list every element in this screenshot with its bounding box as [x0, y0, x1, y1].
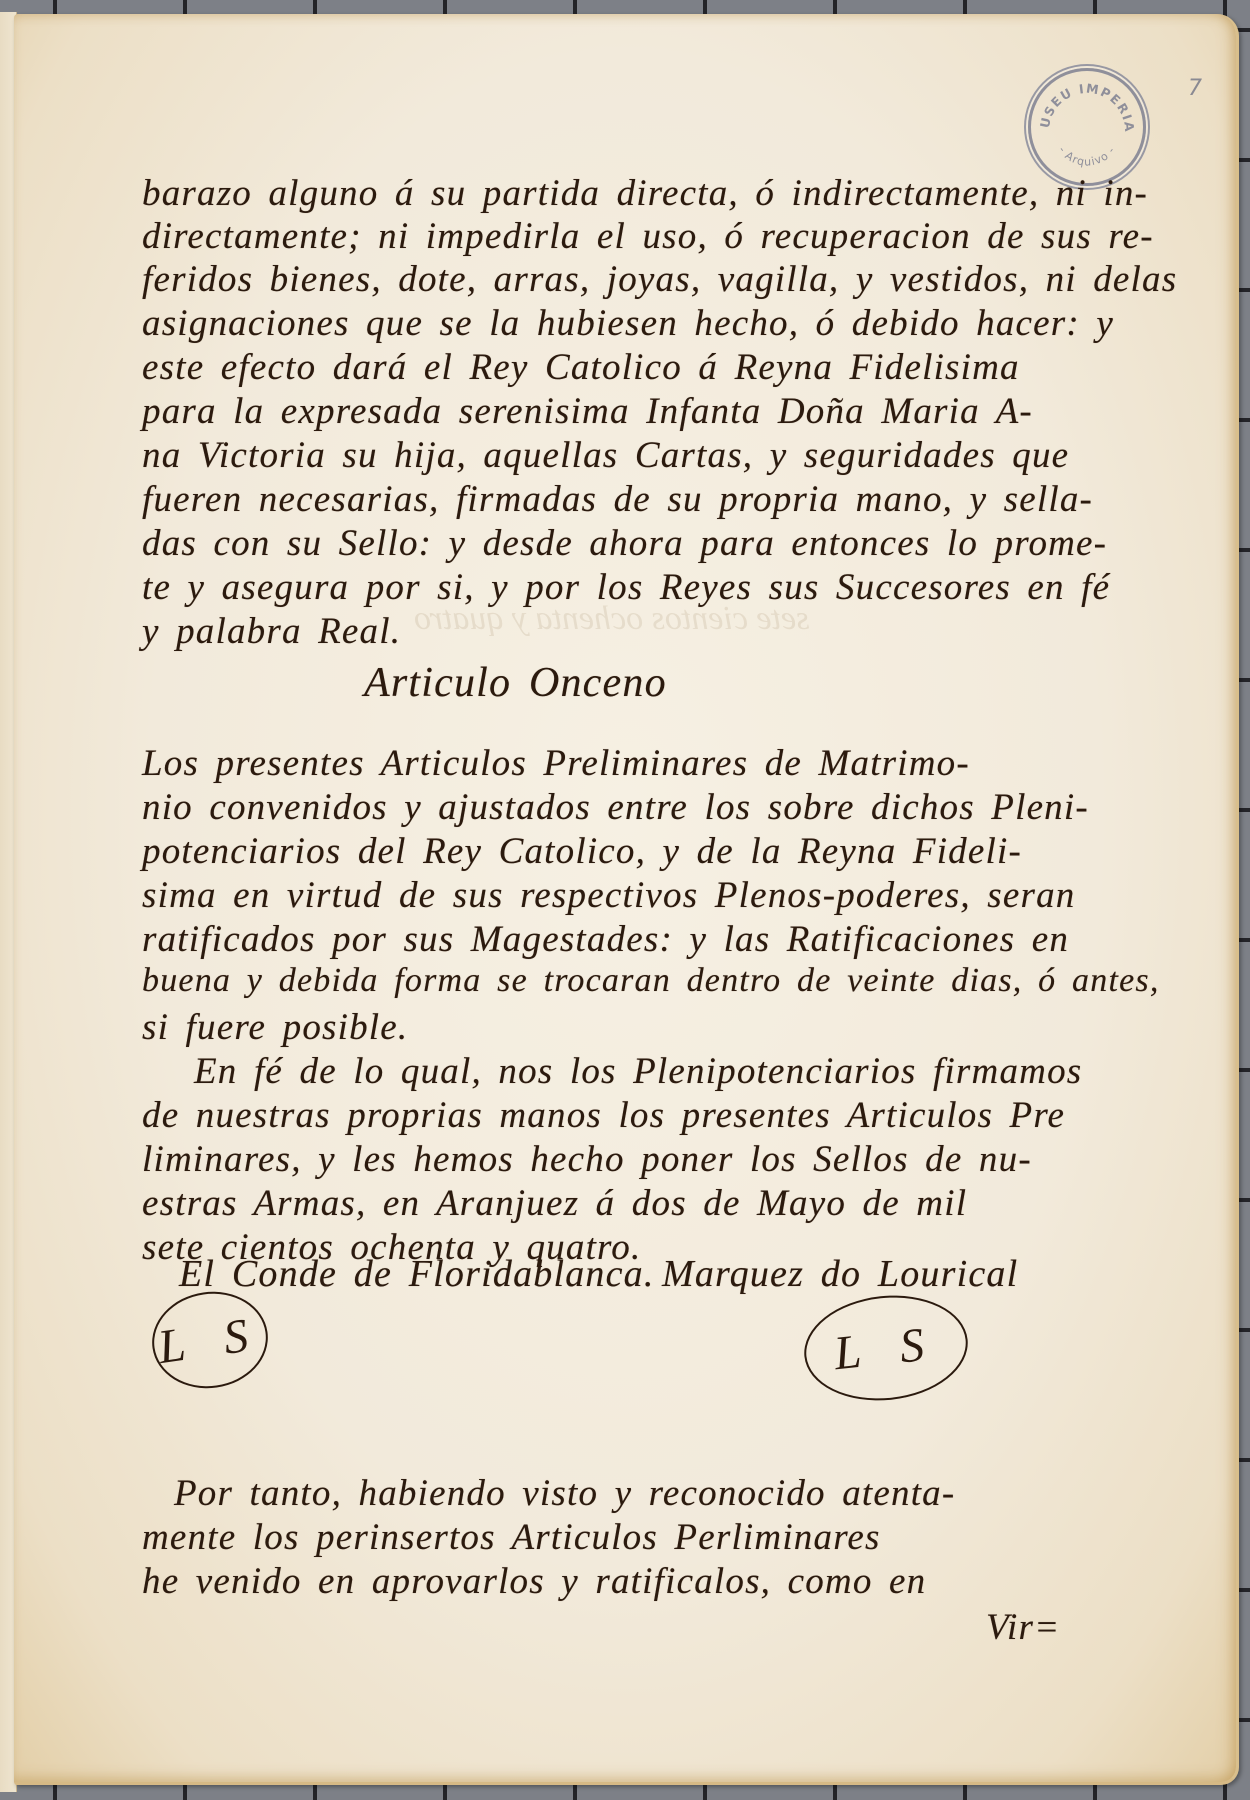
signature-floridablanca: El Conde de Floridablanca.: [179, 1252, 655, 1296]
seal-locus-sigilli-right: L S: [799, 1288, 973, 1409]
text-line: barazo alguno á su partida directa, ó in…: [142, 172, 1148, 215]
ratification-line: Por tanto, habiendo visto y reconocido a…: [174, 1472, 955, 1515]
text-line: para la expresada serenisima Infanta Doñ…: [142, 390, 1033, 433]
article-line: si fuere posible.: [142, 1006, 408, 1049]
museu-imperial-stamp: MUSEU IMPERIAL - Arquivo -: [1028, 68, 1146, 186]
text-line: fueren necesarias, firmadas de su propri…: [142, 478, 1093, 521]
folio-number: 7: [1188, 76, 1202, 101]
article-line: Los presentes Articulos Preliminares de …: [142, 742, 970, 785]
closing-line: estras Armas, en Aranjuez á dos de Mayo …: [142, 1182, 967, 1225]
article-line: potenciarios del Rey Catolico, y de la R…: [142, 830, 1022, 873]
article-line: ratificados por sus Magestades: y las Ra…: [142, 918, 1069, 961]
text-line: este efecto dará el Rey Catolico á Reyna…: [142, 346, 1020, 389]
stamp-ring-icon: MUSEU IMPERIAL - Arquivo -: [1031, 71, 1143, 183]
ratification-line: mente los perinsertos Articulos Perlimin…: [142, 1516, 881, 1559]
svg-text:- Arquivo -: - Arquivo -: [1056, 144, 1118, 169]
text-line: na Victoria su hija, aquellas Cartas, y …: [142, 434, 1069, 477]
svg-text:MUSEU IMPERIAL: MUSEU IMPERIAL: [1031, 71, 1137, 133]
ratification-line: he venido en aprovarlos y ratificalos, c…: [142, 1560, 926, 1603]
signature-lourical: Marquez do Lourical: [662, 1252, 1018, 1296]
seal-locus-sigilli-left: L S: [146, 1284, 274, 1395]
article-line: sima en virtud de sus respectivos Plenos…: [142, 874, 1076, 917]
text-line: asignaciones que se la hubiesen hecho, ó…: [142, 302, 1114, 345]
article-heading: Articulo Onceno: [364, 659, 667, 707]
closing-line: de nuestras proprias manos los presentes…: [142, 1094, 1065, 1137]
article-line: nio convenidos y ajustados entre los sob…: [142, 786, 1089, 829]
text-line: das con su Sello: y desde ahora para ent…: [142, 522, 1107, 565]
stamp-bottom-text: - Arquivo -: [1056, 144, 1118, 169]
catchword: Vir=: [986, 1606, 1060, 1649]
article-line: buena y debida forma se trocaran dentro …: [142, 962, 1160, 1000]
text-line: feridos bienes, dote, arras, joyas, vagi…: [142, 258, 1177, 301]
closing-line: En fé de lo qual, nos los Plenipotenciar…: [194, 1050, 1082, 1093]
manuscript-page: 7 MUSEU IMPERIAL - Arquivo - sete ciento…: [14, 14, 1239, 1785]
text-line: directamente; ni impedirla el uso, ó rec…: [142, 215, 1154, 258]
text-line: te y asegura por si, y por los Reyes sus…: [142, 566, 1110, 609]
text-line: y palabra Real.: [142, 610, 401, 653]
stamp-top-text: MUSEU IMPERIAL: [1031, 71, 1137, 133]
closing-line: liminares, y les hemos hecho poner los S…: [142, 1138, 1032, 1181]
